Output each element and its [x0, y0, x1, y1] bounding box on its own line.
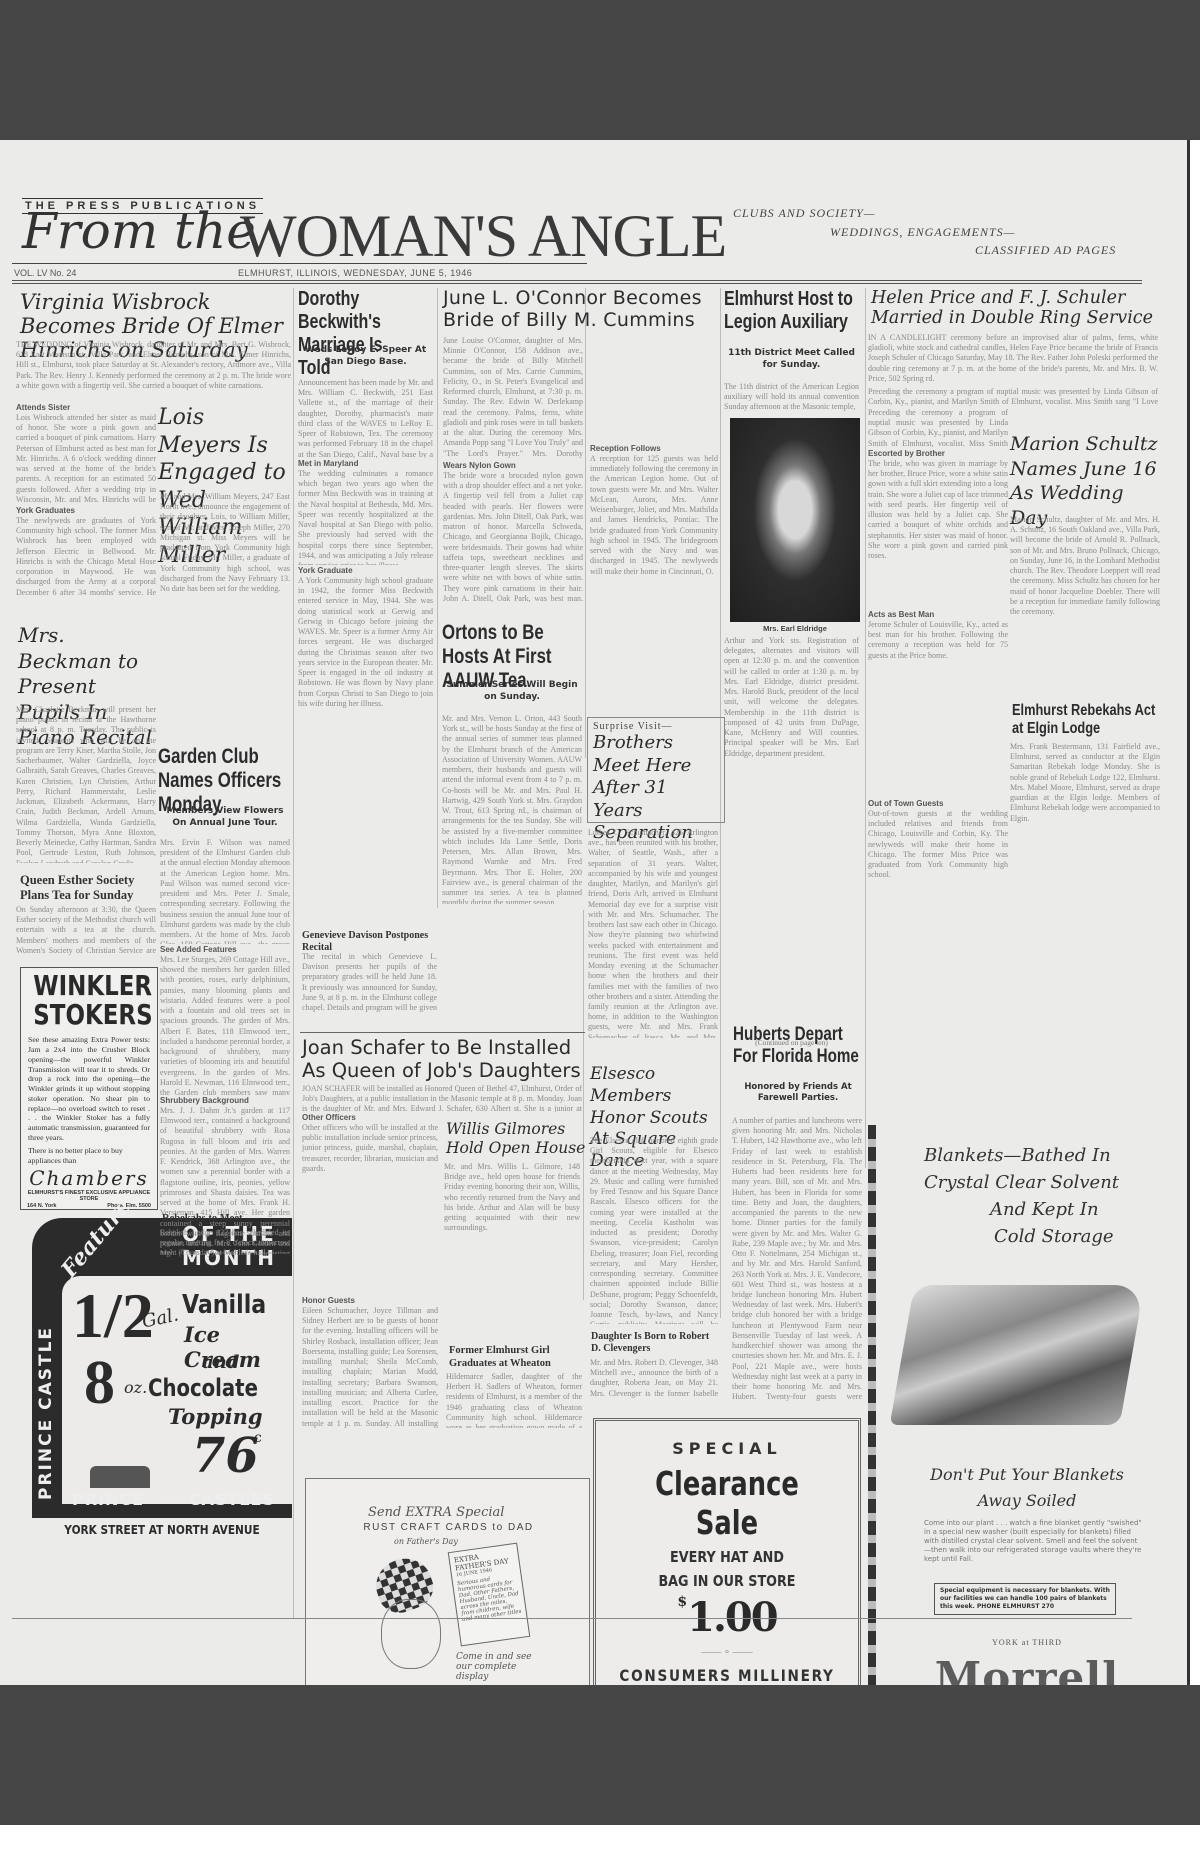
- column-divider: [583, 910, 584, 1300]
- subhead-other-officers: Other Officers: [302, 1113, 438, 1122]
- article-body-beckwith: Announcement has been made by Mr. and Mr…: [298, 378, 433, 458]
- ad-morrell-body: Come into our plant . . . watch a fine b…: [924, 1519, 1142, 1564]
- article-garden-club: Mrs. Ervin F. Wilson was named president…: [160, 838, 290, 1254]
- ornament-divider: —— ∘ ——: [596, 1647, 858, 1658]
- ad-morrell-headline2: Crystal Clear Solvent: [924, 1172, 1119, 1193]
- headline-rebekahs-meet: Rebekahs to Meet: [162, 1213, 292, 1226]
- ad-every-hat: EVERY HAT AND: [616, 1548, 839, 1566]
- subtitle-legion: 11th District Meet Called for Sunday.: [724, 348, 859, 371]
- article-body-rebekahs-elgin: Mrs. Frank Bestermann, 131 Fairfield ave…: [1010, 742, 1160, 902]
- tagline-weddings: WEDDINGS, ENGAGEMENTS—: [830, 225, 1015, 240]
- ad-winkler-body2: There is no better place to buy applianc…: [21, 1142, 157, 1165]
- ad-price: 76: [192, 1432, 259, 1480]
- ad-oz: oz.: [124, 1378, 147, 1397]
- article-body-rebekahs-meet: Rebekah Lodge 122 has scheduled its regu…: [160, 1228, 290, 1258]
- folded-blanket-icon: [890, 1285, 1145, 1425]
- subtitle-ortons: Summer Series Will Begin on Sunday.: [442, 680, 582, 703]
- tagline-classified: CLASSIFIED AD PAGES: [975, 243, 1116, 258]
- article-body-meyers: Mr. and Mrs. William Meyers, 247 East No…: [160, 492, 290, 602]
- headline-legion: Elmhurst Host to Legion Auxiliary: [724, 288, 860, 334]
- ad-invite: Come in and see our complete display: [456, 1652, 546, 1682]
- ad-brand-ice-cream: Ice Cream: [148, 1496, 185, 1504]
- section-rule: [300, 1032, 585, 1033]
- article-lead-price-schuler: IN A CANDLELIGHT ceremony before an impr…: [868, 333, 1158, 385]
- ad-morrell-notice: Special equipment is necessary for blank…: [934, 1583, 1116, 1615]
- article-schafer-cont: Other Officers Other officers who will b…: [302, 1112, 438, 1428]
- ad-bag-in-store: BAG IN OUR STORE: [616, 1572, 839, 1590]
- subhead-escorted-by-brother: Escorted by Brother: [868, 449, 1008, 458]
- article-body-schafer-2: Other officers who will be installed at …: [302, 1123, 438, 1295]
- article-body-sadler: Hildemarce Sadler, daughter of the Herbe…: [446, 1372, 582, 1428]
- article-body-garden-club: Mrs. Ervin F. Wilson was named president…: [160, 838, 290, 944]
- article-body-schafer-3: Eileen Schumacher, Joyce Tillman and Sid…: [302, 1306, 438, 1428]
- article-body-price-schuler-1b: Preceding the ceremony a program of nupt…: [868, 408, 1008, 448]
- ad-winkler-title2: STOKERS: [33, 1000, 145, 1029]
- headline-oconnor: June L. O'Connor Becomes Bride of Billy …: [443, 288, 728, 332]
- card-illustration: EXTRA FATHER'S DAY 16 JUNE 1946 Serious …: [448, 1543, 531, 1647]
- subtitle-beckwith: Weds LeRoy E. Speer At San Diego Base.: [298, 345, 433, 368]
- subhead-best-man: Acts as Best Man: [868, 610, 1008, 619]
- article-body-oconnor: June Louise O'Connor, daughter of Mrs. M…: [443, 336, 583, 460]
- ad-and: and: [202, 1352, 239, 1373]
- subhead-york-graduate: York Graduate: [298, 566, 433, 575]
- subhead-reception-follows: Reception Follows: [590, 444, 718, 453]
- column-divider: [865, 288, 866, 1168]
- article-body-davison: The recital in which Genevieve L. Daviso…: [302, 952, 437, 1014]
- article-body-oconnor-2: The bride wore a brocaded nylon gown wit…: [443, 471, 583, 603]
- ad-chambers-logo: Chambers: [21, 1166, 157, 1190]
- article-body-price-schuler: Preceding the ceremony a program of nupt…: [868, 387, 1158, 407]
- article-body-price-schuler-4: Out-of-town guests at the wedding includ…: [868, 809, 1008, 917]
- newspaper-page: THE PRESS PUBLICATIONS From the WOMAN'S …: [0, 140, 1190, 1685]
- headline-huberts-text: Huberts Depart For Florida Home: [733, 1024, 859, 1067]
- ad-vanilla: Vanilla: [182, 1290, 266, 1320]
- ad-brand-prince: PRINCE: [72, 1490, 144, 1509]
- ad-morrell-sub2: Away Soiled: [882, 1491, 1172, 1510]
- article-body-huberts: A number of parties and luncheons were g…: [732, 1116, 862, 1402]
- article-body-legion: The 11th district of the American Legion…: [724, 382, 859, 416]
- masthead-from-the: From the: [22, 206, 256, 256]
- ad-fathers-day: on Father's Day: [394, 1537, 458, 1546]
- ad-winkler-body: See these amazing Extra Power tests: Jam…: [21, 1029, 157, 1142]
- headline-rebekahs-elgin-text: Elmhurst Rebekahs Act at Elgin Lodge: [1012, 702, 1155, 737]
- subtitle-garden-club: Members View Flowers On Annual June Tour…: [160, 806, 290, 829]
- photo-caption: Mrs. Earl Eldridge: [730, 624, 860, 633]
- volume-number: VOL. LV No. 24: [14, 268, 76, 278]
- subhead-york-graduates: York Graduates: [16, 506, 156, 515]
- subhead-honor-guests: Honor Guests: [302, 1296, 438, 1305]
- ad-prince-castle-location: YORK STREET AT NORTH AVENUE: [48, 1523, 277, 1537]
- ad-prince-castles-brand: PRINCE Ice Cream CASTLES: [72, 1490, 292, 1509]
- boxed-headline-schumacher: Surprise Visit— Brothers Meet Here After…: [587, 717, 725, 823]
- article-body-schultz: Marion Schultz, daughter of Mr. and Mrs.…: [1010, 515, 1160, 700]
- headline-clevenger: Daughter Is Born to Robert D. Clevengers: [591, 1331, 721, 1355]
- ad-chambers-tagline: ELMHURST'S FINEST EXCLUSIVE APPLIANCE ST…: [21, 1190, 157, 1202]
- headline-davison: Genevieve Davison Postpones Recital: [302, 930, 437, 954]
- ad-chambers-contact: 164 N. York Phone Elm. 5500: [21, 1202, 157, 1210]
- ad-send-extra-special: Send EXTRA Special: [368, 1505, 504, 1520]
- article-body-beckwith-3: A York Community high school graduate in…: [298, 576, 433, 724]
- article-body-wisbrock-2: The newlyweds are graduates of York Comm…: [16, 516, 156, 598]
- article-lead-schafer: JOAN SCHAFER will be installed as Honore…: [302, 1084, 582, 1112]
- article-body-oconnor-3: A reception for 125 guests was held imme…: [590, 454, 718, 602]
- subhead-nylon-gown: Wears Nylon Gown: [443, 461, 583, 470]
- scan-border-bottom: [0, 1685, 1200, 1825]
- ad-prince-castle-side: PRINCE CASTLE: [36, 1310, 56, 1500]
- scan-border-bottom-strip: [0, 1825, 1200, 1855]
- column-divider: [585, 288, 586, 758]
- headline-huberts: Huberts Depart For Florida Home: [733, 1024, 861, 1068]
- headline-queen-esther: Queen Esther Society Plans Tea for Sunda…: [20, 873, 160, 903]
- ad-morrell-cleaners[interactable]: Blankets—Bathed In Crystal Clear Solvent…: [882, 1125, 1182, 1750]
- masthead-title: WOMAN'S ANGLE: [240, 206, 726, 266]
- article-body-elsesco: The Elsesco club honored eighth grade Gi…: [590, 1136, 718, 1324]
- photo-mrs-earl-eldridge: [730, 418, 860, 622]
- article-wisbrock-cont: Attends Sister Lois Wisbrock attended he…: [16, 402, 156, 598]
- article-lead-wisbrock: THE WEDDING of Virginia Wisbrock, daught…: [16, 340, 291, 402]
- article-body-schumacher: Luther C. Schumacher, 425 Arlington ave.…: [588, 828, 718, 1038]
- article-body-price-schuler-2: The bride, who was given in marriage by …: [868, 459, 1008, 609]
- article-price-schuler-cont: Preceding the ceremony a program of nupt…: [868, 408, 1008, 917]
- tagline-clubs: CLUBS AND SOCIETY—: [733, 206, 875, 221]
- headline-legion-text: Elmhurst Host to Legion Auxiliary: [724, 288, 853, 333]
- article-body-legion-2: Arthur and York sts. Registration of del…: [724, 636, 859, 1036]
- article-body-gilmores: Mr. and Mrs. Willis L. Gilmore, 148 Brid…: [444, 1162, 580, 1322]
- ad-morrell-headline3: And Kept In: [990, 1199, 1099, 1220]
- ad-brand-castles: CASTLES: [189, 1490, 275, 1509]
- article-body-clevenger: Mr. and Mrs. Robert D. Clevenger, 348 Mi…: [590, 1358, 718, 1400]
- subhead-shrubbery: Shrubbery Background: [160, 1096, 290, 1105]
- headline-sadler: Former Elmhurst Girl Graduates at Wheato…: [449, 1345, 589, 1370]
- ad-chocolate: Chocolate: [148, 1374, 258, 1402]
- subhead-attends-sister: Attends Sister: [16, 403, 156, 412]
- ad-topping: Topping: [168, 1404, 263, 1429]
- ad-winkler-stokers[interactable]: WINKLER STOKERS See these amazing Extra …: [20, 967, 158, 1210]
- subtitle-huberts: Honored by Friends At Farewell Parties.: [733, 1082, 863, 1104]
- article-body-ortons: Mr. and Mrs. Vernon L. Orton, 443 South …: [442, 714, 582, 904]
- ad-dollar-sign: $: [677, 1594, 687, 1610]
- dateline: ELMHURST, ILLINOIS, WEDNESDAY, JUNE 5, 1…: [238, 268, 472, 278]
- cartoon-bear-icon: [381, 1599, 441, 1669]
- bottom-rule: [12, 1618, 1132, 1619]
- headline-schafer: Joan Schafer to Be Installed As Queen of…: [302, 1036, 592, 1082]
- ad-prince-castle[interactable]: PRINCE CASTLE Feature OF THE MONTH 1/2 G…: [32, 1218, 292, 1558]
- ad-morrell-location: YORK at THIRD: [882, 1638, 1172, 1647]
- ad-morrell-headline4: Cold Storage: [994, 1226, 1114, 1247]
- subhead-met-in-maryland: Met in Maryland: [298, 459, 433, 468]
- ad-morrell-headline1: Blankets—Bathed In: [924, 1145, 1111, 1166]
- headline-price-schuler: Helen Price and F. J. Schuler Married in…: [871, 288, 1191, 328]
- headline-rebekahs-elgin: Elmhurst Rebekahs Act at Elgin Lodge: [1012, 702, 1156, 739]
- subhead-out-of-town: Out of Town Guests: [868, 799, 1008, 808]
- headline-gilmores: Willis Gilmores Hold Open House: [446, 1120, 586, 1159]
- article-body-wisbrock: Lois Wisbrock attended her sister as mai…: [16, 413, 156, 505]
- ad-clearance-sale: Clearance Sale: [625, 1464, 829, 1542]
- article-beckwith: Announcement has been made by Mr. and Mr…: [298, 378, 433, 724]
- ad-special: SPECIAL: [596, 1439, 858, 1458]
- ad-morrell-border: [868, 1125, 876, 1745]
- ad-morrell-sub1: Don't Put Your Blankets: [882, 1465, 1172, 1484]
- ad-winkler-title1: WINKLER: [33, 972, 145, 1000]
- scan-border-top: [0, 0, 1200, 140]
- article-body-beckman: Mrs. Charlotte Beckman will present her …: [16, 705, 156, 863]
- article-oconnor-col1: June Louise O'Connor, daughter of Mrs. M…: [443, 336, 583, 603]
- masthead-double-rule: [12, 280, 1142, 284]
- ad-millinery-store: CONSUMERS MILLINERY: [616, 1666, 839, 1685]
- article-body-garden-club-2: Mrs. Lee Sturges, 269 Cottage Hill ave.,…: [160, 955, 290, 1095]
- ad-cents: c: [254, 1430, 262, 1446]
- article-body-queen-esther: On Sunday afternoon at 3:30, the Queen E…: [16, 905, 156, 957]
- article-body-price-schuler-3: Jerome Schuler of Louisville, Ky., acted…: [868, 620, 1008, 798]
- castle-illustration-icon: [90, 1466, 150, 1488]
- subhead-added-features: See Added Features: [160, 945, 290, 954]
- ad-rust-craft: RUST CRAFT CARDS to DAD: [306, 1522, 591, 1533]
- article-body-beckwith-2: The wedding culminates a romance which b…: [298, 469, 433, 565]
- column-divider: [437, 288, 438, 908]
- article-oconnor-col2: Reception Follows A reception for 125 gu…: [590, 336, 718, 602]
- card-body: Serious and humorous cards for Dad, Othe…: [457, 1573, 522, 1623]
- kicker-surprise-visit: Surprise Visit—: [588, 718, 724, 732]
- column-divider: [293, 288, 294, 1618]
- ad-eight: 8: [84, 1352, 115, 1414]
- masthead-rule: [12, 263, 587, 264]
- ad-chambers-address: 164 N. York: [27, 1203, 56, 1209]
